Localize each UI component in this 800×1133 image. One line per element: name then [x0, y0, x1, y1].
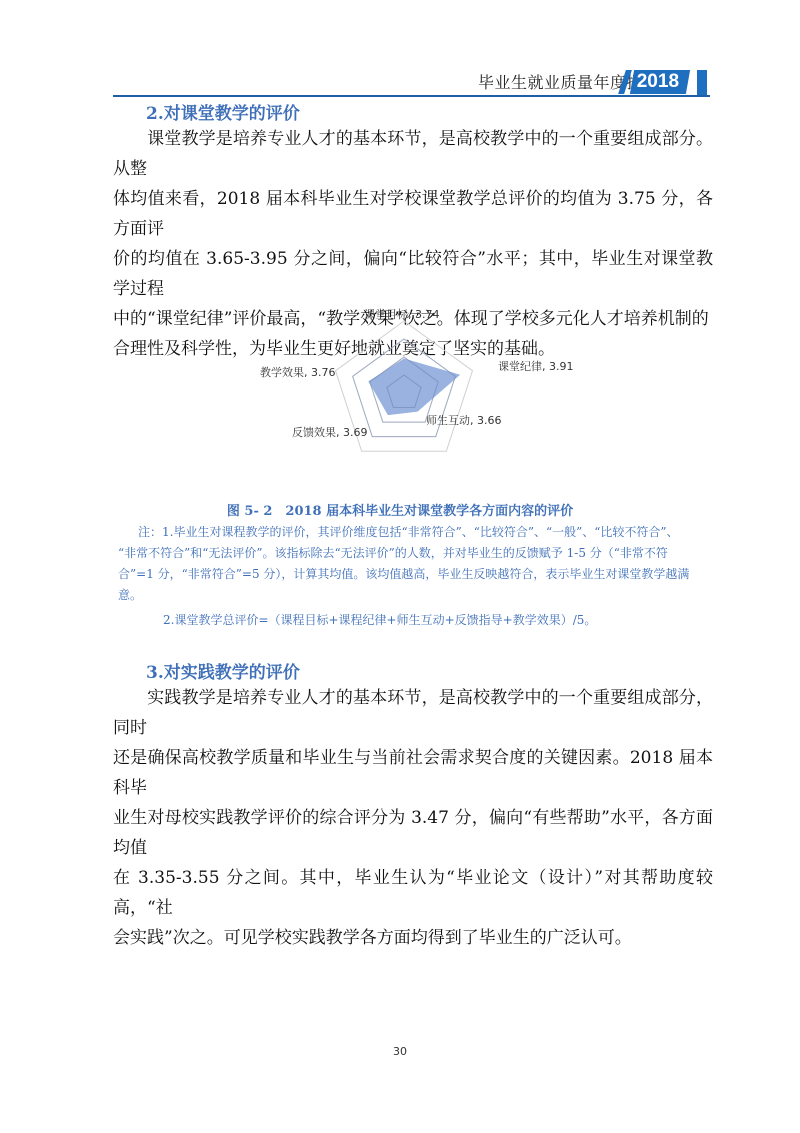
label-teaching-effect: 教学效果, 3.76 — [260, 364, 336, 380]
paragraph-line: 会实践”次之。可见学校实践教学各方面均得到了毕业生的广泛认可。 — [113, 923, 713, 953]
label-interaction: 师生互动, 3.66 — [426, 412, 502, 428]
note-line: 意。 — [118, 585, 708, 606]
paragraph-line: 业生对母校实践教学评价的综合评分为 3.47 分，偏向“有些帮助”水平，各方面均… — [113, 803, 713, 863]
paragraph-line: 课堂教学是培养专业人才的基本环节，是高校教学中的一个重要组成部分。从整 — [113, 124, 713, 184]
paragraph-line: 还是确保高校教学质量和毕业生与当前社会需求契合度的关键因素。2018 届本科毕 — [113, 743, 713, 803]
header-tab-decoration — [697, 70, 707, 96]
label-class-goal: 课堂目标, 3.74 — [364, 306, 440, 322]
label-class-discipline: 课堂纪律, 3.91 — [498, 358, 574, 374]
note-line: 合”=1 分，“非常符合”=5 分），计算其均值。该均值越高，毕业生反映越符合，… — [118, 564, 708, 585]
radar-chart: 课堂目标, 3.74 课堂纪律, 3.91 师生互动, 3.66 反馈效果, 3… — [230, 300, 590, 480]
practice-paragraph: 实践教学是培养专业人才的基本环节，是高校教学中的一个重要组成部分，同时 还是确保… — [113, 683, 713, 953]
paragraph-line: 在 3.35-3.55 分之间。其中，毕业生认为“毕业论文（设计）”对其帮助度较… — [113, 863, 713, 923]
year-badge: 2018 届 — [630, 70, 690, 94]
figure-caption: 图 5- 2 2018 届本科毕业生对课堂教学各方面内容的评价 — [0, 500, 800, 519]
radar-plot — [230, 300, 590, 480]
note-line: 注：1.毕业生对课程教学的评价，其评价维度包括“非常符合”、“比较符合”、“一般… — [118, 522, 708, 543]
section-heading-classroom: 2.对课堂教学的评价 — [146, 99, 300, 124]
label-feedback: 反馈效果, 3.69 — [292, 424, 368, 440]
radar-series-area — [368, 358, 460, 415]
page-number: 30 — [0, 1045, 800, 1058]
paragraph-line: 实践教学是培养专业人才的基本环节，是高校教学中的一个重要组成部分，同时 — [113, 683, 713, 743]
section-heading-practice: 3.对实践教学的评价 — [146, 658, 300, 683]
header-rule — [113, 95, 710, 97]
note-line: “非常不符合”和“无法评价”。该指标除去“无法评价”的人数，并对毕业生的反馈赋予… — [118, 543, 708, 564]
paragraph-line: 体均值来看，2018 届本科毕业生对学校课堂教学总评价的均值为 3.75 分，各… — [113, 184, 713, 244]
paragraph-line: 价的均值在 3.65-3.95 分之间，偏向“比较符合”水平；其中，毕业生对课堂… — [113, 244, 713, 304]
note-line: 2.课堂教学总评价=（课程目标+课程纪律+师生互动+反馈指导+教学效果）/5。 — [118, 610, 708, 631]
